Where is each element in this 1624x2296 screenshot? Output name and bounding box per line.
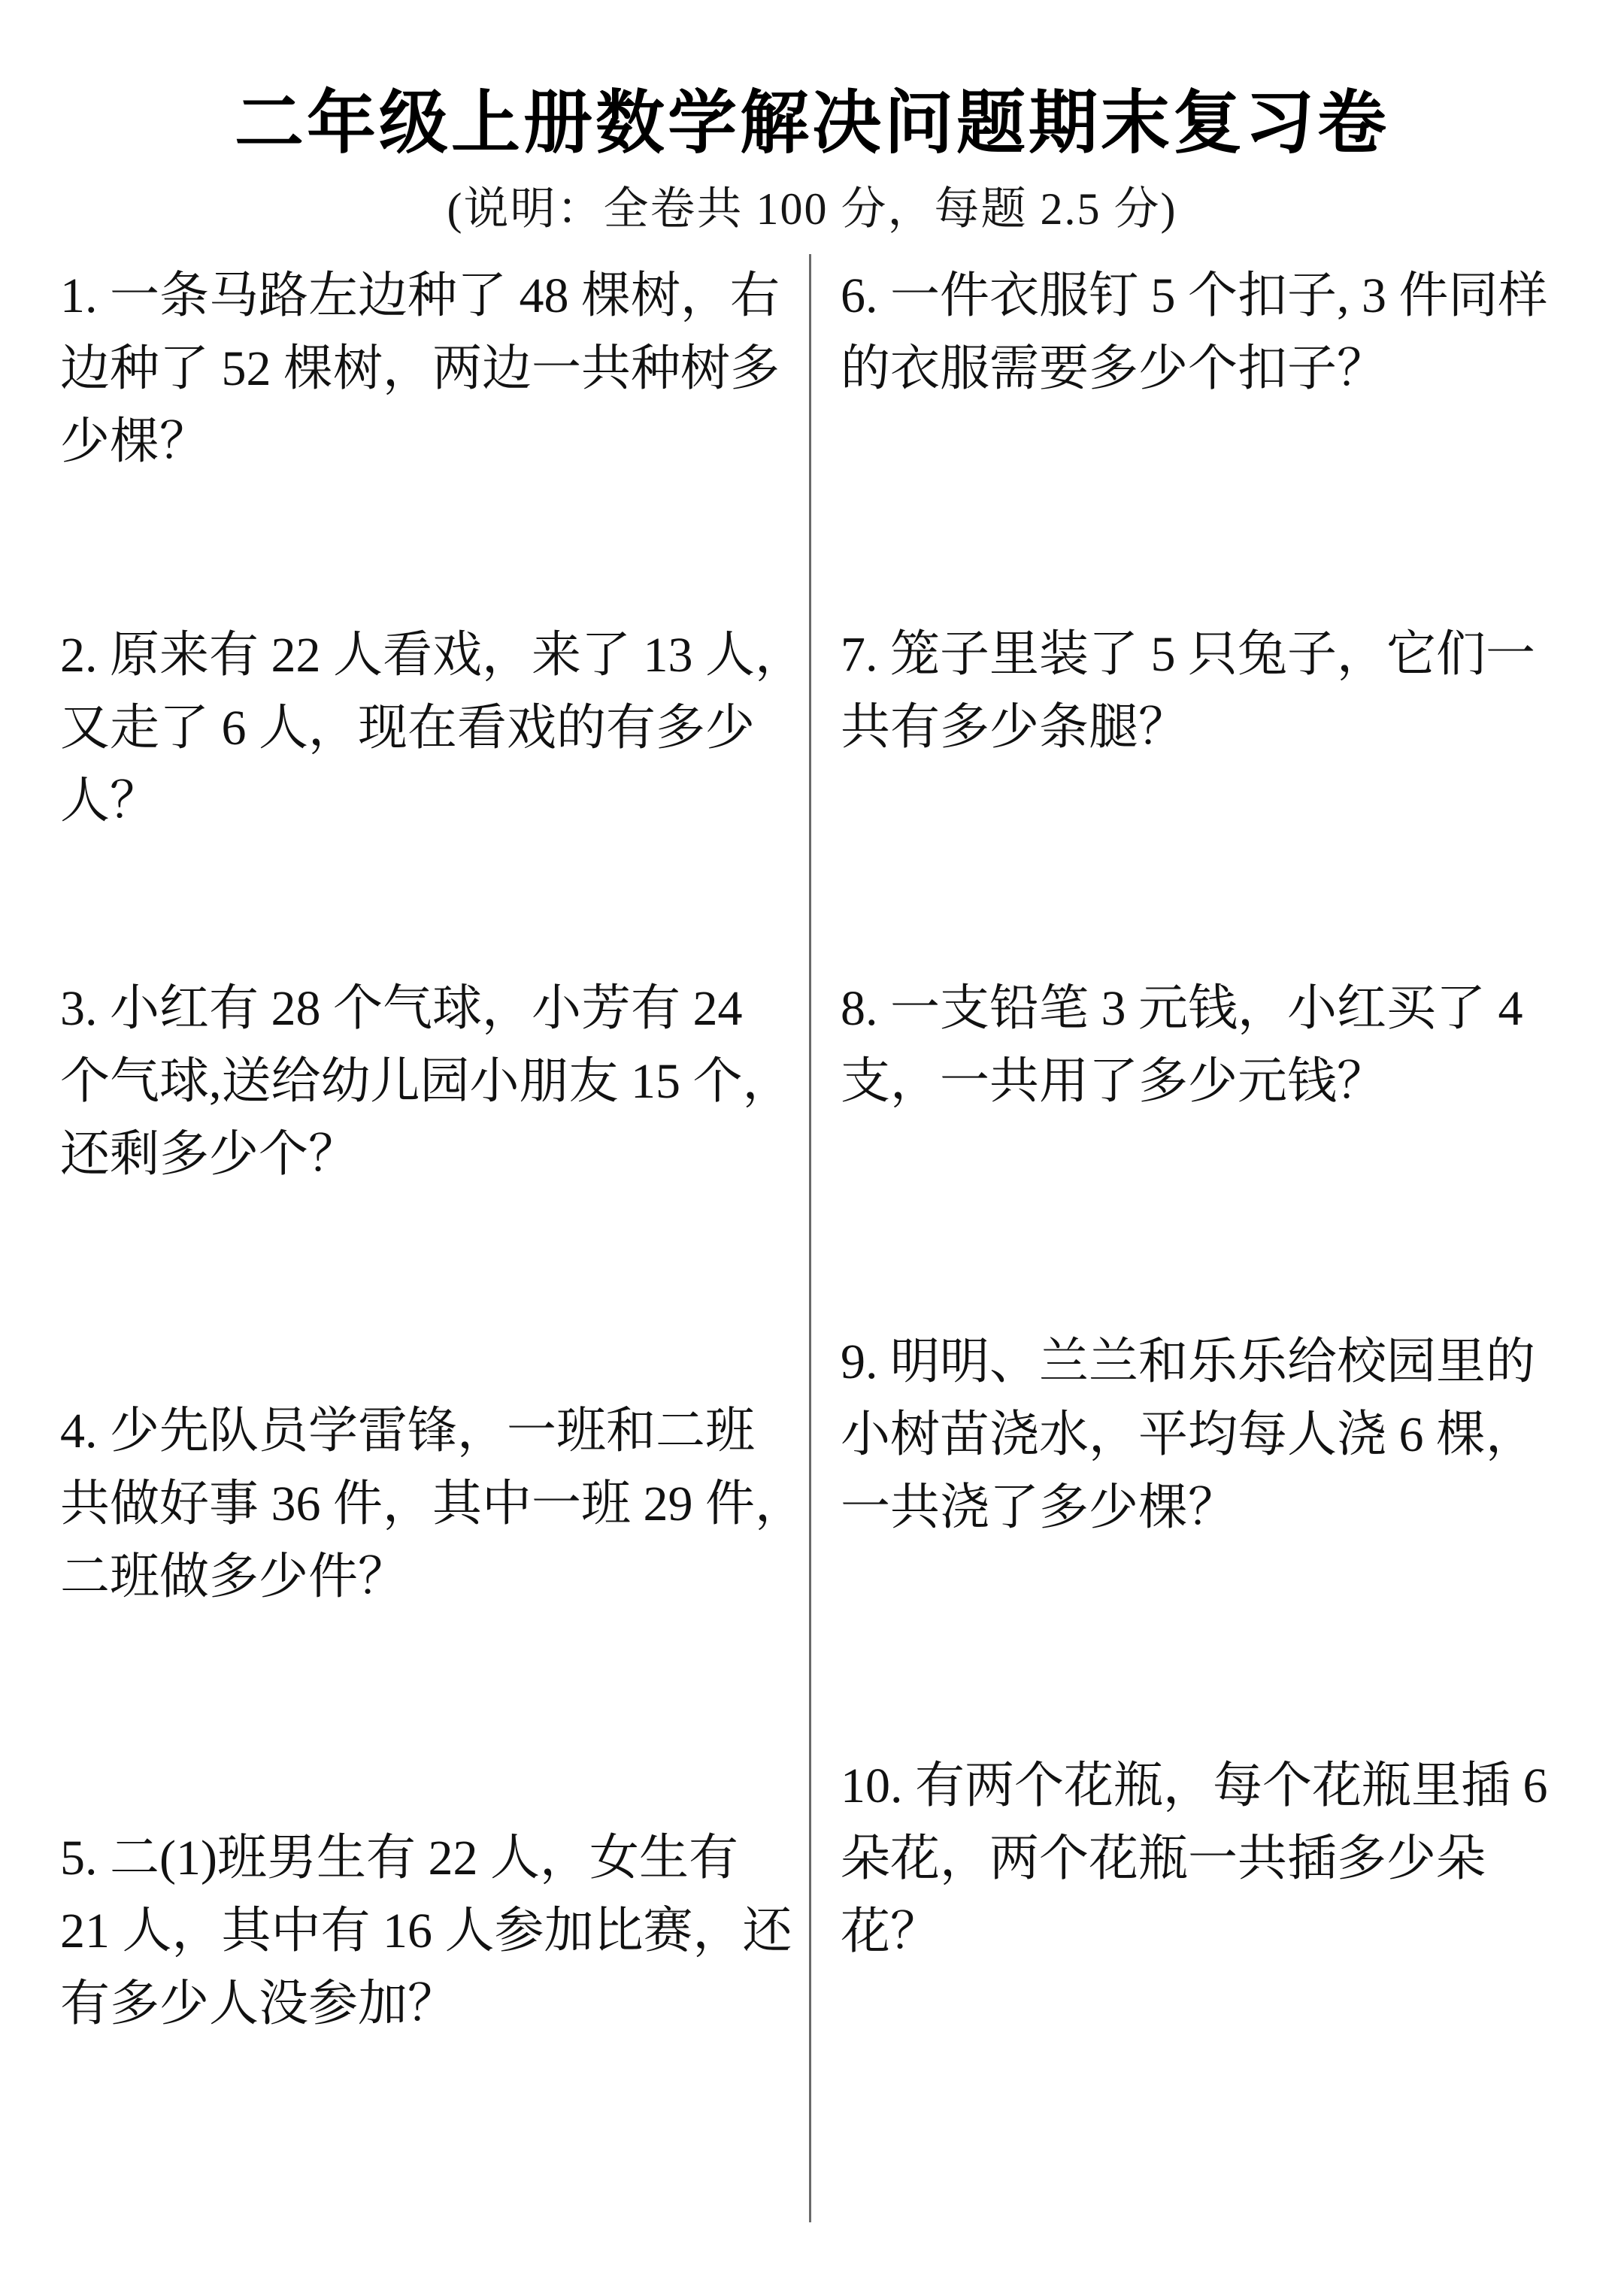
left-column: 1. 一条马路左边种了 48 棵树，右边种了 52 棵树，两边一共种树多少棵？2… [60, 0, 801, 2296]
problem-1-line-1: 1. 一条马路左边种了 48 棵树，右 [60, 259, 780, 332]
problem-1-line-2: 边种了 52 棵树，两边一共种树多 [60, 332, 780, 405]
problem-9: 9. 明明、兰兰和乐乐给校园里的小树苗浇水，平均每人浇 6 棵，一共浇了多少棵？ [841, 1325, 1535, 1544]
problem-4-line-1: 4. 少先队员学雷锋，一班和二班 [60, 1395, 804, 1468]
problem-2-line-2: 又走了 6 人，现在看戏的有多少 [60, 692, 804, 765]
problem-7-line-2: 共有多少条腿？ [841, 691, 1535, 764]
problem-10-line-1: 10. 有两个花瓶，每个花瓶里插 6 [841, 1749, 1548, 1822]
problem-1-line-3: 少棵？ [60, 405, 780, 478]
right-column: 6. 一件衣服钉 5 个扣子, 3 件同样的衣服需要多少个扣子？7. 笼子里装了… [841, 0, 1611, 2296]
problem-5: 5. 二(1)班男生有 22 人，女生有21 人，其中有 16 人参加比赛，还有… [60, 1822, 792, 2040]
problem-5-line-3: 有多少人没参加？ [60, 1967, 792, 2040]
problem-2-line-3: 人？ [60, 765, 804, 838]
problem-3: 3. 小红有 28 个气球，小芳有 24个气球,送给幼儿园小朋友 15 个，还剩… [60, 972, 792, 1191]
problem-8-line-2: 支，一共用了多少元钱？ [841, 1045, 1523, 1118]
problem-10: 10. 有两个花瓶，每个花瓶里插 6朵花，两个花瓶一共插多少朵花？ [841, 1749, 1548, 1968]
problem-6-line-2: 的衣服需要多少个扣子？ [841, 332, 1548, 405]
column-divider-line [809, 254, 811, 2222]
problem-9-line-2: 小树苗浇水，平均每人浇 6 棵， [841, 1398, 1535, 1471]
problem-7-line-1: 7. 笼子里装了 5 只兔子，它们一 [841, 618, 1535, 691]
problem-10-line-2: 朵花，两个花瓶一共插多少朵 [841, 1822, 1548, 1895]
problem-8: 8. 一支铅笔 3 元钱，小红买了 4支，一共用了多少元钱？ [841, 972, 1523, 1118]
problem-3-line-2: 个气球,送给幼儿园小朋友 15 个， [60, 1045, 792, 1118]
problem-4-line-2: 共做好事 36 件，其中一班 29 件， [60, 1468, 804, 1540]
problem-3-line-3: 还剩多少个？ [60, 1118, 792, 1191]
problem-4: 4. 少先队员学雷锋，一班和二班共做好事 36 件，其中一班 29 件，二班做多… [60, 1395, 804, 1613]
problem-9-line-1: 9. 明明、兰兰和乐乐给校园里的 [841, 1325, 1535, 1398]
problem-4-line-3: 二班做多少件？ [60, 1540, 804, 1613]
problem-2-line-1: 2. 原来有 22 人看戏，来了 13 人， [60, 619, 804, 692]
problem-1: 1. 一条马路左边种了 48 棵树，右边种了 52 棵树，两边一共种树多少棵？ [60, 259, 780, 478]
problem-8-line-1: 8. 一支铅笔 3 元钱，小红买了 4 [841, 972, 1523, 1045]
problem-6-line-1: 6. 一件衣服钉 5 个扣子, 3 件同样 [841, 259, 1548, 332]
problem-5-line-2: 21 人，其中有 16 人参加比赛，还 [60, 1895, 792, 1967]
problem-3-line-1: 3. 小红有 28 个气球，小芳有 24 [60, 972, 792, 1045]
problem-9-line-3: 一共浇了多少棵？ [841, 1471, 1535, 1544]
problem-10-line-3: 花？ [841, 1895, 1548, 1968]
problem-5-line-1: 5. 二(1)班男生有 22 人，女生有 [60, 1822, 792, 1895]
worksheet-page: 二年级上册数学解决问题期末复习卷 (说明：全卷共 100 分，每题 2.5 分)… [0, 0, 1624, 2296]
problem-6: 6. 一件衣服钉 5 个扣子, 3 件同样的衣服需要多少个扣子？ [841, 259, 1548, 405]
problem-7: 7. 笼子里装了 5 只兔子，它们一共有多少条腿？ [841, 618, 1535, 764]
problem-2: 2. 原来有 22 人看戏，来了 13 人，又走了 6 人，现在看戏的有多少人？ [60, 619, 804, 838]
